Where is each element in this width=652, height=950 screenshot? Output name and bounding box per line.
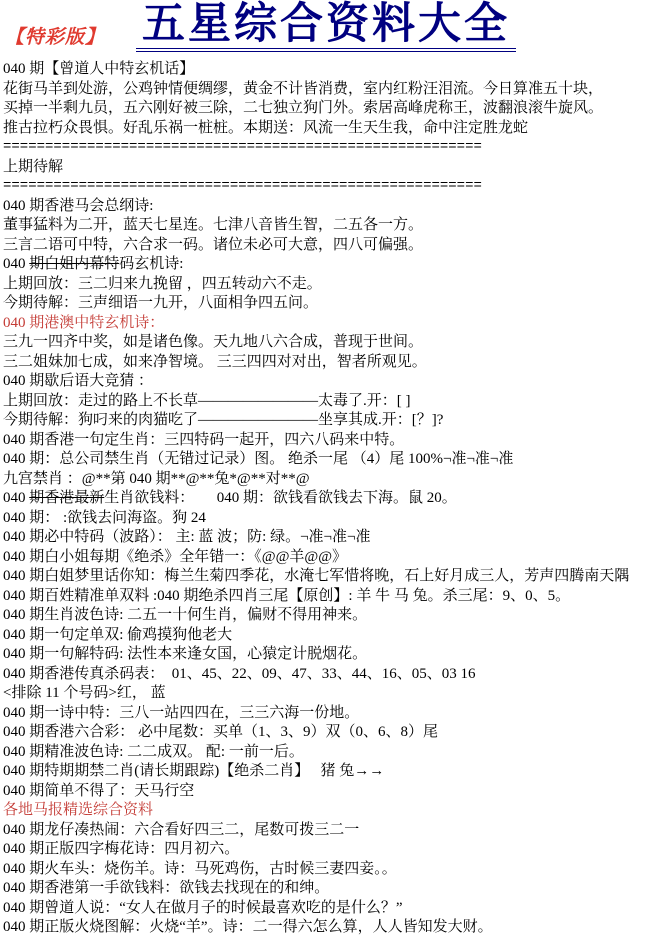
tip-line: 九宫禁肖 ：@**第 040 期**@**兔*@**对**@ [3,470,652,490]
tip-line: 040 期白小姐每期《绝杀》全年错一：《@@羊@@》 [3,548,652,568]
tip-line: 040 期一句解特码: 法性本来逢女国，心猿定计脱烟花。 [3,645,652,665]
poem-line: 今期待解：三声细语一九开，八面相争四五问。 [3,294,652,314]
separator-line: ========================================… [3,138,652,158]
poem-line: 三九一四齐中奖，如是诸色像。天九地八六合成，普现于世间。 [3,333,652,353]
tip-line: 040 期百姓精准单双料 :040 期绝杀四肖三尾【原创】: 羊 牛 马 兔。杀… [3,587,652,607]
tip-line: 040 期白姐梦里话你知：梅兰生菊四季花，水淹七军惜将晚，石上好月成三人，芳声四… [3,567,652,587]
section-heading-zonggangshi: 040 期香港马会总纲诗: [3,197,652,217]
tip-line: 040 期精准波色诗: 二二成双。 配: 一前一后。 [3,743,652,763]
section-heading-gangao: 040 期港澳中特玄机诗： [3,314,652,334]
tip-line: 040 期特期期禁二肖(请长期跟踪)【绝杀二肖】 猪 兔→→ [3,762,652,782]
riddle-line: 今期待解：狗叼来的肉猫吃了————————坐享其成.开：[？]? [3,411,652,431]
tip-line: 040 期香港最新生肖欲钱料： 040 期：欲钱看欲钱去下海。鼠 20。 [3,489,652,509]
section-heading-zengdaoren: 040 期【曾道人中特玄机话】 [3,60,652,80]
separator-line: ========================================… [3,177,652,197]
struck-text: 期香港最新 [29,490,104,506]
tip-line: 040 期曾道人说：“女人在做月子的时候最喜欢吃的是什么？” [3,899,652,919]
poem-line: 董事猛料为二开，蓝天七星连。七津八音皆生智，二五各一方。 [3,216,652,236]
section-heading-xiehouyu: 040 期歇后语大竞猜 ： [3,372,652,392]
tip-line: <排除 11 个号码>红， 蓝 [3,684,652,704]
tip-line: 040 期生肖波色诗: 二五一十何生肖，偏财不得用神来。 [3,606,652,626]
poem-line: 买掉一半剩九员，五六刚好被三除，二七独立狗门外。索居高峰虎称王，波翻浪滚牛旋风。 [3,99,652,119]
tip-line: 040 期一句定单双: 偷鸡摸狗他老大 [3,626,652,646]
poem-line: 三二姐妹加七成，如来净智境。 三三四四对对出，智者所观见。 [3,353,652,373]
page-title-text: 五星综合资料大全 [136,2,516,52]
tip-line: 040 期龙仔凑热闹：六合看好四三二，尾数可拨三二一 [3,821,652,841]
kill-codes-line: 040 期香港传真杀码表： 01、45、22、09、47、33、44、16、05… [3,665,652,685]
tip-line: 040 期：总公司禁生肖（无错过记录）图。 绝杀一尾 （4）尾 100%¬准¬准… [3,450,652,470]
page-title: 五星综合资料大全 [0,2,652,52]
lottery-info-page: 【特彩版】 五星综合资料大全 040 期【曾道人中特玄机话】花街马羊到处游，公鸡… [0,0,652,950]
poem-line: 三言二语可中特，六合求一码。诸位未必可大意，四八可偏强。 [3,236,652,256]
tip-line: 040 期一诗中特：三八一站四四在，三三六海一份地。 [3,704,652,724]
tip-line: 040 期正版火烧图解：火烧“羊”。诗：二一得六怎么算，人人皆知发大财。 [3,918,652,938]
tip-line: 040 期香港一句定生肖：三四特码一起开，四六八码来中特。 [3,431,652,451]
poem-line: 花街马羊到处游，公鸡钟情便绸缪，黄金不计皆消费，室内红粉汪泪流。今日算准五十块， [3,80,652,100]
tip-line: 040 期香港六合彩： 必中尾数：买单（1、3、9）双（0、6、8）尾 [3,723,652,743]
page-header: 【特彩版】 五星综合资料大全 [0,0,652,58]
tip-line: 040 期正版四字梅花诗：四月初六。 [3,840,652,860]
poem-line: 推古拉朽众畏惧。好乱乐祸一桩桩。本期送：风流一生天生我，命中注定胜龙蛇 [3,119,652,139]
pending-label: 上期待解 [3,158,652,178]
tip-line: 040 期简单不得了：天马行空 [3,782,652,802]
tip-line: 040 期香港第一手欲钱料：欲钱去找现在的和绅。 [3,879,652,899]
content-lines: 040 期【曾道人中特玄机话】花街马羊到处游，公鸡钟情便绸缪，黄金不计皆消费，室… [0,58,652,938]
tip-line: 040 期必中特码（波路）： 主: 蓝 波；防: 绿。¬准¬准¬准 [3,528,652,548]
struck-text: 期白姐内幕特 [29,256,119,272]
section-heading-baijie-neimu: 040 期白姐内幕特码玄机诗: [3,255,652,275]
tip-line: 040 期： :欲钱去问海盗。狗 24 [3,509,652,529]
section-heading-gedi-mabao: 各地马报精选综合资料 [3,801,652,821]
riddle-line: 上期回放：走过的路上不长草————————太毒了.开：[ ] [3,392,652,412]
poem-line: 上期回放：三二归来九挽留 ，四五转动六不走。 [3,275,652,295]
tip-line: 040 期火车头：烧伤羊。诗：马死鸡伤，古时候三妻四妾。。 [3,860,652,880]
